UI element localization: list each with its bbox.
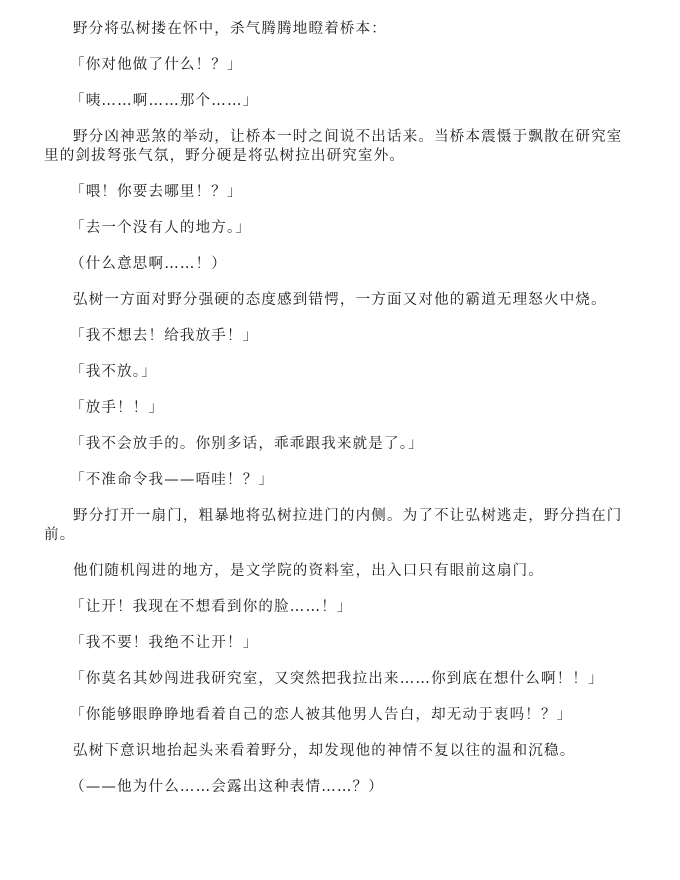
dialog-line: 「去一个没有人的地方。」 (44, 219, 636, 238)
thought-line: （——他为什么……会露出这种表情……？） (44, 778, 636, 797)
paragraph: 野分将弘树搂在怀中，杀气腾腾地瞪着桥本： (44, 20, 636, 39)
paragraph: 野分凶神恶煞的举动，让桥本一时之间说不出话来。当桥本震慑于飘散在研究室里的剑拔弩… (44, 128, 636, 166)
dialog-line: 「咦……啊……那个……」 (44, 92, 636, 111)
dialog-line: 「我不会放手的。你别多话，乖乖跟我来就是了。」 (44, 435, 636, 454)
dialog-line: 「我不要！我绝不让开！」 (44, 634, 636, 653)
dialog-line: 「不准命令我——唔哇！？」 (44, 471, 636, 490)
paragraph: 弘树一方面对野分强硬的态度感到错愕，一方面又对他的霸道无理怒火中烧。 (44, 291, 636, 310)
paragraph: 他们随机闯进的地方，是文学院的资料室，出入口只有眼前这扇门。 (44, 562, 636, 581)
dialog-line: 「你莫名其妙闯进我研究室，又突然把我拉出来……你到底在想什么啊！！」 (44, 670, 636, 689)
dialog-line: 「喂！你要去哪里！？」 (44, 183, 636, 202)
dialog-line: 「放手！！」 (44, 399, 636, 418)
thought-line: （什么意思啊……！） (44, 255, 636, 274)
dialog-line: 「我不想去！给我放手！」 (44, 327, 636, 346)
document-page: 野分将弘树搂在怀中，杀气腾腾地瞪着桥本： 「你对他做了什么！？」 「咦……啊……… (44, 20, 636, 814)
dialog-line: 「你对他做了什么！？」 (44, 56, 636, 75)
paragraph: 弘树下意识地抬起头来看着野分，却发现他的神情不复以往的温和沉稳。 (44, 742, 636, 761)
dialog-line: 「让开！我现在不想看到你的脸……！」 (44, 598, 636, 617)
dialog-line: 「我不放。」 (44, 363, 636, 382)
dialog-line: 「你能够眼睁睁地看着自己的恋人被其他男人告白，却无动于衷吗！？」 (44, 706, 636, 725)
paragraph: 野分打开一扇门，粗暴地将弘树拉进门的内侧。为了不让弘树逃走，野分挡在门前。 (44, 507, 636, 545)
